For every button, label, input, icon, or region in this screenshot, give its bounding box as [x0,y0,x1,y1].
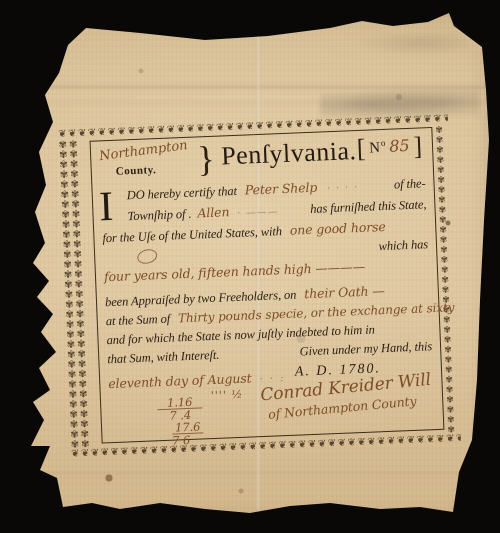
photo-stage: ❦❦❦❦❦❦❦❦❦❦❦❦❦❦❦❦❦❦❦❦❦❦❦❦❦❦❦❦❦❦❦❦❦❦❦❦❦❦❦❦… [0,0,500,533]
fox-spots [0,0,2,2]
paper-edge-shading [0,0,500,533]
paper-sheet: ❦❦❦❦❦❦❦❦❦❦❦❦❦❦❦❦❦❦❦❦❦❦❦❦❦❦❦❦❦❦❦❦❦❦❦❦❦❦❦❦… [0,0,500,533]
